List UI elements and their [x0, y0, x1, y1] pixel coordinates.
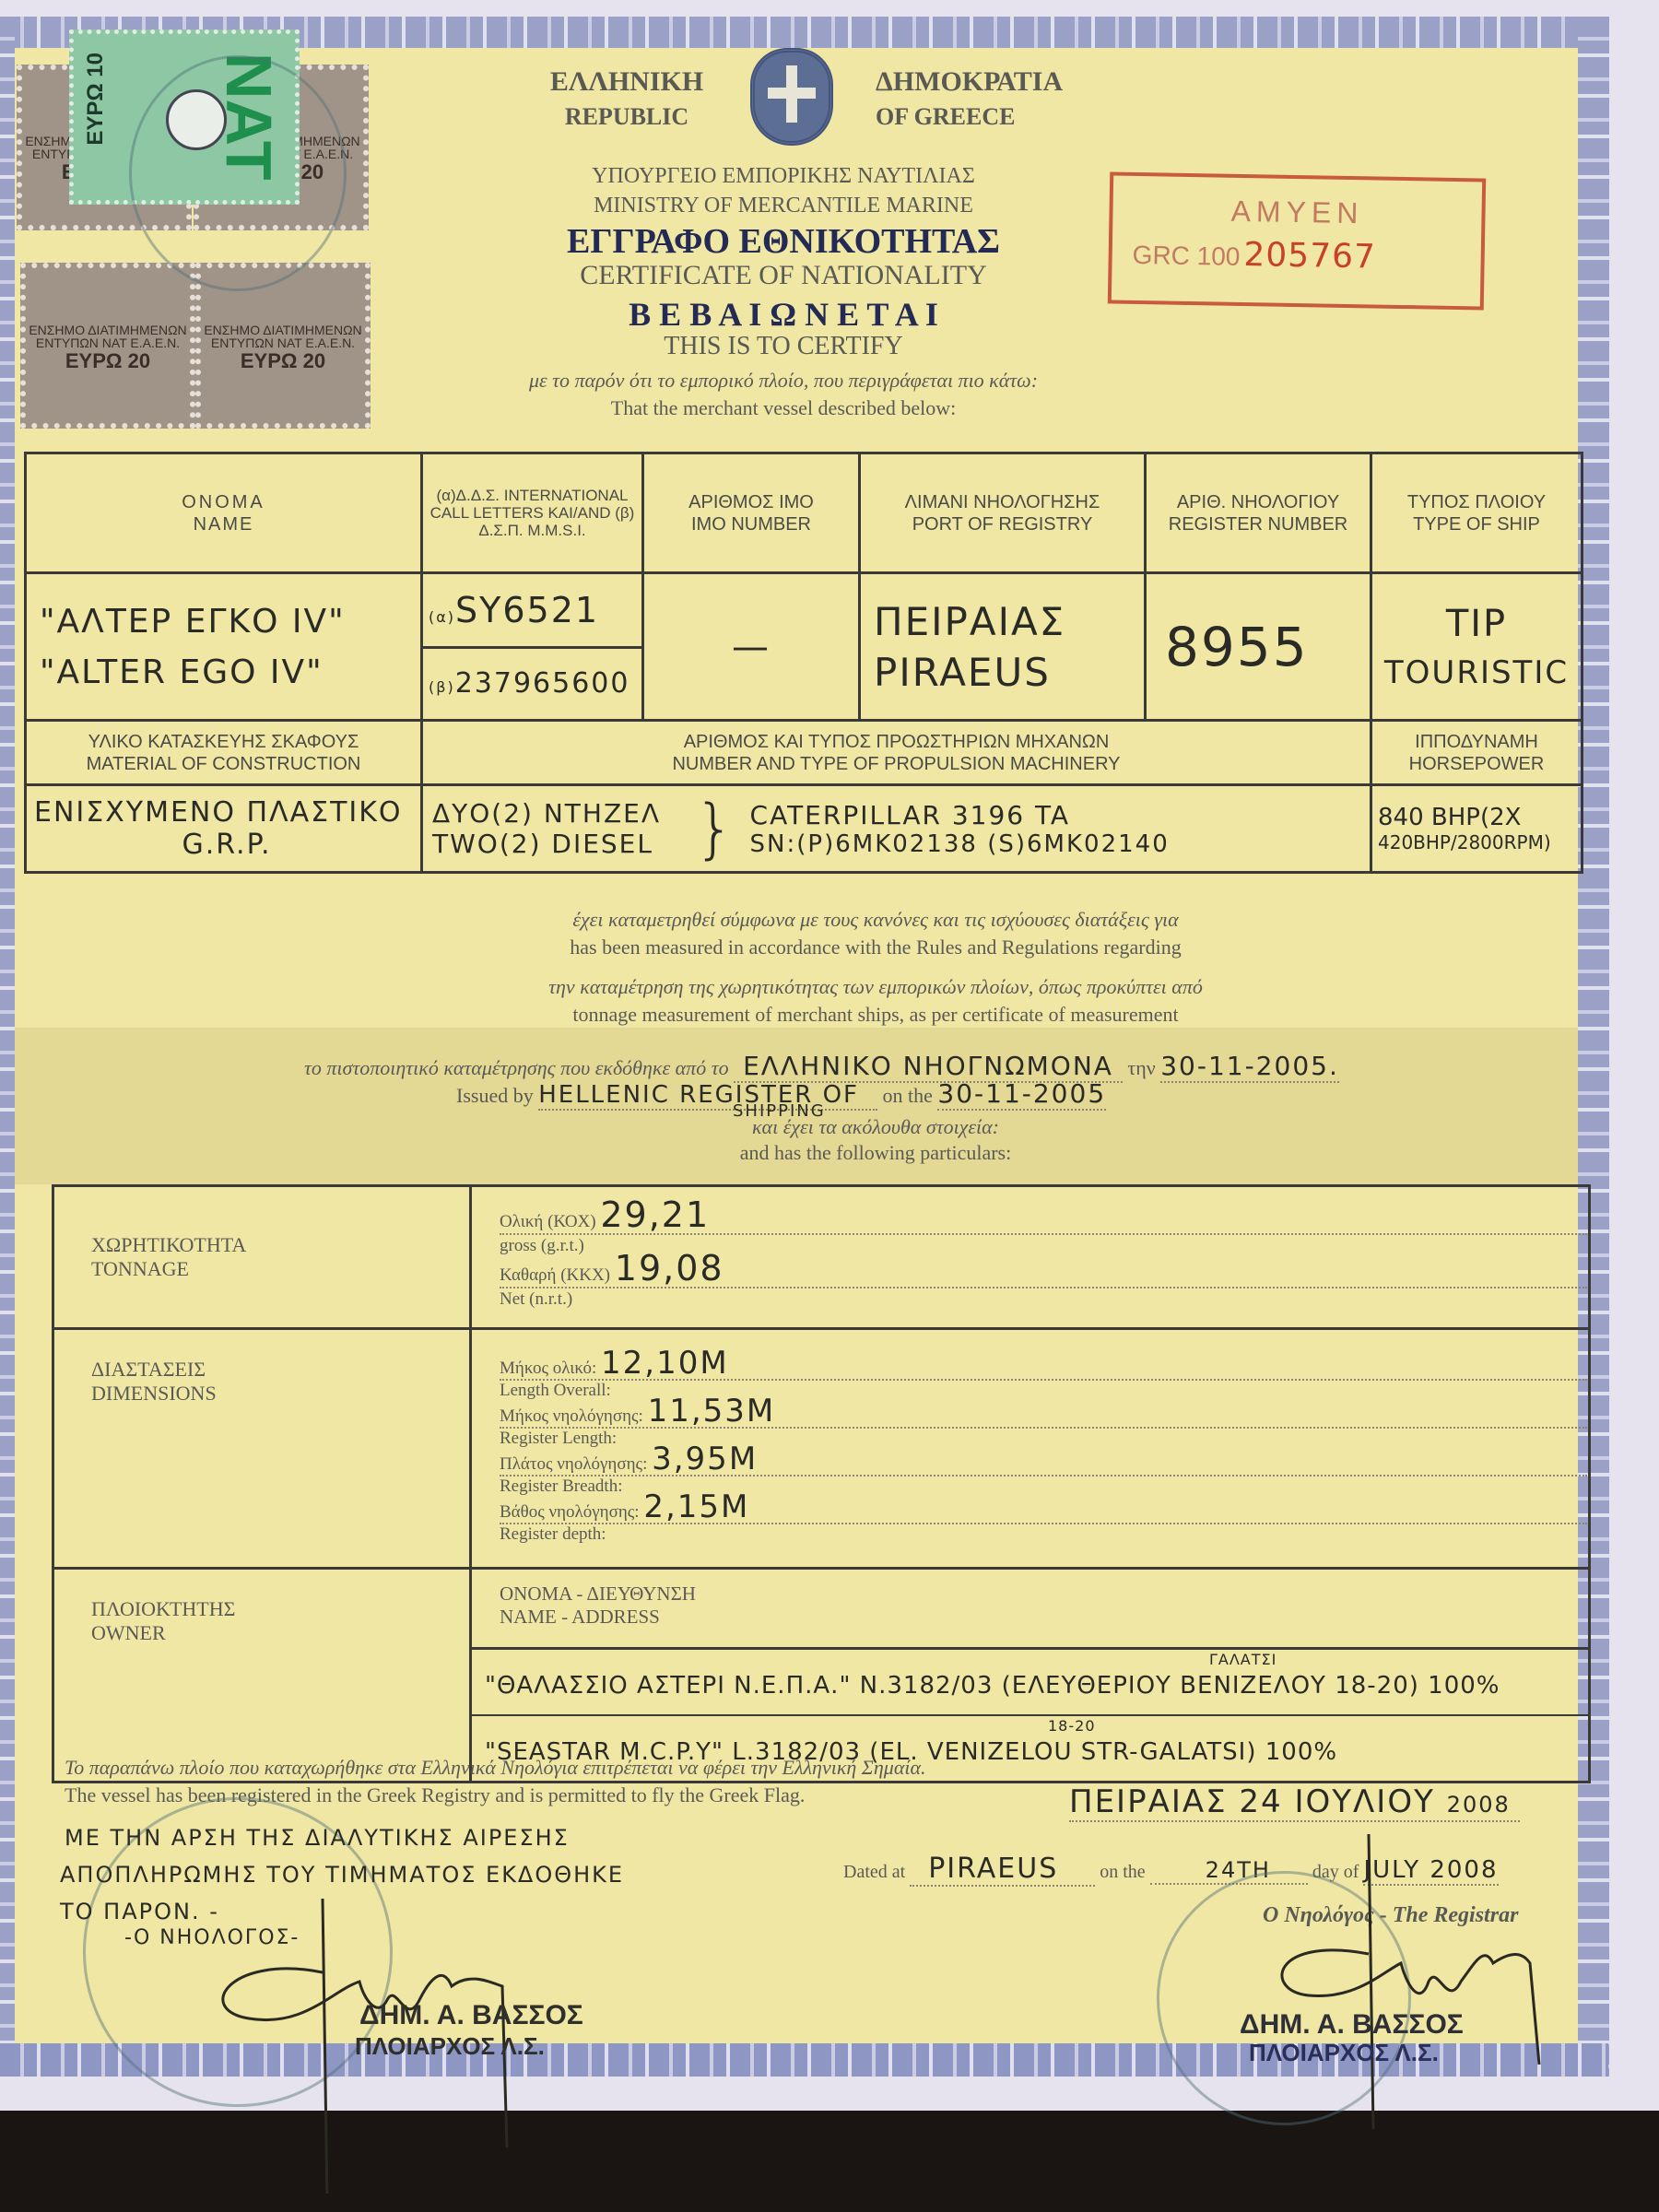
- particulars-table: ΧΩΡΗΤΙΚΟΤΗΤΑ TONNAGE Ολική (ΚΟΧ) 29,21 g…: [52, 1184, 1591, 1783]
- header-ship-type: ΤΥΠΟΣ ΠΛΟΙΟΥTYPE OF SHIP: [1371, 453, 1583, 573]
- dated-at-value: PIRAEUS: [910, 1853, 1095, 1887]
- call-letters-value: SY6521: [455, 590, 599, 630]
- particulars-gr: και έχει τα ακόλουθα στοιχεία:: [461, 1115, 1290, 1139]
- flag-statement-gr: Το παραπάνω πλοίο που καταχωρήθηκε στα Ε…: [65, 1756, 926, 1780]
- certify-gr: Β Ε Β Α Ι Ω Ν Ε Τ Α Ι: [498, 295, 1069, 334]
- header-name: ONOMA NAME: [26, 453, 422, 573]
- dimensions-label: ΔΙΑΣΤΑΣΕΙΣ DIMENSIONS: [53, 1329, 471, 1569]
- republic-gr-right: ΔΗΜΟΚΡΑΤΙΑ: [876, 66, 1063, 98]
- header-register-number: ΑΡΙΘ. ΝΗΟΛΟΓΙΟΥREGISTER NUMBER: [1146, 453, 1371, 573]
- tonnage-label: ΧΩΡΗΤΙΚΟΤΗΤΑ TONNAGE: [53, 1186, 471, 1329]
- intro-en: That the merchant vessel described below…: [387, 396, 1180, 420]
- cancellation-seal-icon: [129, 55, 347, 291]
- owner-line-gr: ΓΑΛΑΤΣΙ "ΘΑΛΑΣΣΙΟ ΑΣΤΕΡΙ Ν.Ε.Π.Α." Ν.318…: [472, 1650, 1588, 1716]
- owner-label: ΠΛΟΙΟΚΤΗΤΗΣ OWNER: [53, 1569, 471, 1783]
- right-signatory-name: ΔΗΜ. Α. ΒΑΣΣΟΣ: [1240, 2009, 1464, 2041]
- date-gr: ΠΕΙΡΑΙΑΣ 24 ΙΟΥΛΙΟΥ 2008: [1069, 1783, 1520, 1822]
- owner-values: ΟΝΟΜΑ - ΔΙΕΥΘΥΝΣΗ NAME - ADDRESS ΓΑΛΑΤΣΙ…: [471, 1569, 1590, 1783]
- flag-statement-en: The vessel has been registered in the Gr…: [65, 1783, 805, 1807]
- document-title-en: CERTIFICATE OF NATIONALITY: [498, 260, 1069, 291]
- length-overall-value: 12,10M: [601, 1345, 729, 1382]
- stamp-value: ΕΥΡΩ 20: [26, 355, 190, 368]
- register-depth-value: 2,15M: [643, 1488, 749, 1525]
- ministry-gr: ΥΠΟΥΡΓΕΙΟ ΕΜΠΟΡΙΚΗΣ ΝΑΥΤΙΛΙΑΣ: [498, 164, 1069, 189]
- header-port: ΛΙΜΑΝΙ ΝΗΟΛΟΓΗΣΗΣPORT OF REGISTRY: [860, 453, 1146, 573]
- net-tonnage-value: 19,08: [615, 1248, 724, 1288]
- vessel-details-table: ONOMA NAME (α)Δ.Δ.Σ. INTERNATIONAL CALL …: [24, 452, 1583, 874]
- stamp-value: ΕΥΡΩ 20: [201, 355, 365, 368]
- tonnage-values: Ολική (ΚΟΧ) 29,21 gross (g.r.t.) Καθαρή …: [471, 1186, 1590, 1329]
- stamp-text: ΕΝΣΗΜΟ ΔΙΑΤΙΜΗΜΕΝΩΝ ΕΝΤΥΠΩΝ ΝΑΤ Ε.Α.Ε.Ν.: [26, 324, 190, 349]
- serial-prefix: GRC 100: [1132, 241, 1240, 271]
- dimensions-values: Μήκος ολικό: 12,10M Length Overall: Μήκο…: [471, 1329, 1590, 1569]
- particulars-en: and has the following particulars:: [461, 1141, 1290, 1165]
- port-value: ΠΕΙΡΑΙΑΣ PIRAEUS: [860, 573, 1146, 721]
- material-value: ΕΝΙΣΧΥΜΕΝΟ ΠΛΑΣΤΙΚΟ G.R.P.: [26, 785, 422, 873]
- greek-coat-of-arms-icon: [750, 48, 833, 146]
- left-signatory-name: ΔΗΜ. Α. ΒΑΣΣΟΣ: [359, 2000, 583, 2031]
- republic-en-left: REPUBLIC: [516, 103, 737, 131]
- document-title-gr: ΕΓΓΡΑΦΟ ΕΘΝΙΚΟΤΗΤΑΣ: [498, 221, 1069, 262]
- measure-line2-en: tonnage measurement of merchant ships, a…: [276, 1003, 1475, 1027]
- header-material: ΥΛΙΚΟ ΚΑΤΑΣΚΕΥΗΣ ΣΚΑΦΟΥΣMATERIAL OF CONS…: [26, 721, 422, 785]
- ministry-en: MINISTRY OF MERCANTILE MARINE: [498, 194, 1069, 218]
- ship-type-value: ΤΙΡ TOURISTIC: [1371, 573, 1583, 721]
- serial-number: 205767: [1243, 236, 1376, 276]
- measure-line2-gr: την καταμέτρηση της χωρητικότητας των εμ…: [276, 975, 1475, 999]
- header-horsepower: ΙΠΠΟΔΥΝΑΜΗHORSEPOWER: [1371, 721, 1583, 785]
- signature-right-icon: [1253, 1834, 1604, 2138]
- revenue-stamp: ΕΝΣΗΜΟ ΔΙΑΤΙΜΗΜΕΝΩΝ ΕΝΤΥΠΩΝ ΝΑΤ Ε.Α.Ε.Ν.…: [20, 263, 195, 429]
- header-call-letters: (α)Δ.Δ.Σ. INTERNATIONAL CALL LETTERS ΚΑΙ…: [422, 453, 643, 573]
- issued-by-gr: το πιστοποιητικό καταμέτρησης που εκδόθη…: [304, 1051, 1339, 1081]
- greek-key-border-left: [0, 17, 15, 2077]
- note-line1: ΜΕ ΤΗΝ ΑΡΣΗ ΤΗΣ ΔΙΑΛΥΤΙΚΗΣ ΑΙΡΕΣΗΣ: [65, 1825, 570, 1851]
- imo-value: —: [643, 573, 860, 721]
- header-imo: ΑΡΙΘΜΟΣ ΙΜΟIMO NUMBER: [643, 453, 860, 573]
- measure-line1-gr: έχει καταμετρηθεί σύμφωνα με τους κανόνε…: [276, 908, 1475, 932]
- serial-number-stamp: AMYEN GRC 100 205767: [1108, 171, 1486, 310]
- machinery-value: ΔΥΟ(2) ΝΤΗΖΕΛ TWO(2) DIESEL } CATERPILLA…: [422, 785, 1371, 873]
- measure-line1-en: has been measured in accordance with the…: [276, 935, 1475, 959]
- right-signatory-title: ΠΛΟΙΑΡΧΟΣ Λ.Σ.: [1249, 2039, 1439, 2067]
- stamp-value: ΕΥΡΩ 10: [83, 53, 109, 146]
- certify-en: THIS IS TO CERTIFY: [498, 332, 1069, 361]
- intro-gr: με το παρόν ότι το εμπορικό πλοίο, που π…: [387, 369, 1180, 393]
- republic-en-right: OF GREECE: [876, 103, 1015, 131]
- note-line2: ΑΠΟΠΛΗΡΩΜΗΣ ΤΟΥ ΤΙΜΗΜΑΤΟΣ ΕΚΔΟΘΗΚΕ: [60, 1862, 624, 1888]
- left-signatory-title: ΠΛΟΙΑΡΧΟΣ Λ.Σ.: [355, 2032, 545, 2061]
- register-number-value: 8955: [1146, 573, 1371, 721]
- register-length-value: 11,53M: [648, 1393, 776, 1430]
- mmsi-value: 237965600: [455, 667, 630, 700]
- gross-tonnage-value: 29,21: [600, 1194, 710, 1235]
- horsepower-value: 840 BHP(2X 420BHP/2800RPM): [1371, 785, 1583, 873]
- vessel-name: "ΑΛΤΕΡ ΕΓΚΟ IV" "ALTER EGO IV": [26, 573, 422, 721]
- call-letters-cell: (α)SY6521 (β)237965600: [422, 573, 643, 721]
- stamp-text: ΕΝΣΗΜΟ ΔΙΑΤΙΜΗΜΕΝΩΝ ΕΝΤΥΠΩΝ ΝΑΤ Ε.Α.Ε.Ν.: [201, 324, 365, 349]
- republic-gr-left: ΕΛΛΗΝΙΚΗ: [516, 66, 737, 98]
- header-machinery: ΑΡΙΘΜΟΣ ΚΑΙ ΤΥΠΟΣ ΠΡΟΩΣΤΗΡΙΩΝ ΜΗΧΑΝΩΝNUM…: [422, 721, 1371, 785]
- serial-label: AMYEN: [1112, 193, 1482, 233]
- register-breadth-value: 3,95M: [652, 1441, 758, 1477]
